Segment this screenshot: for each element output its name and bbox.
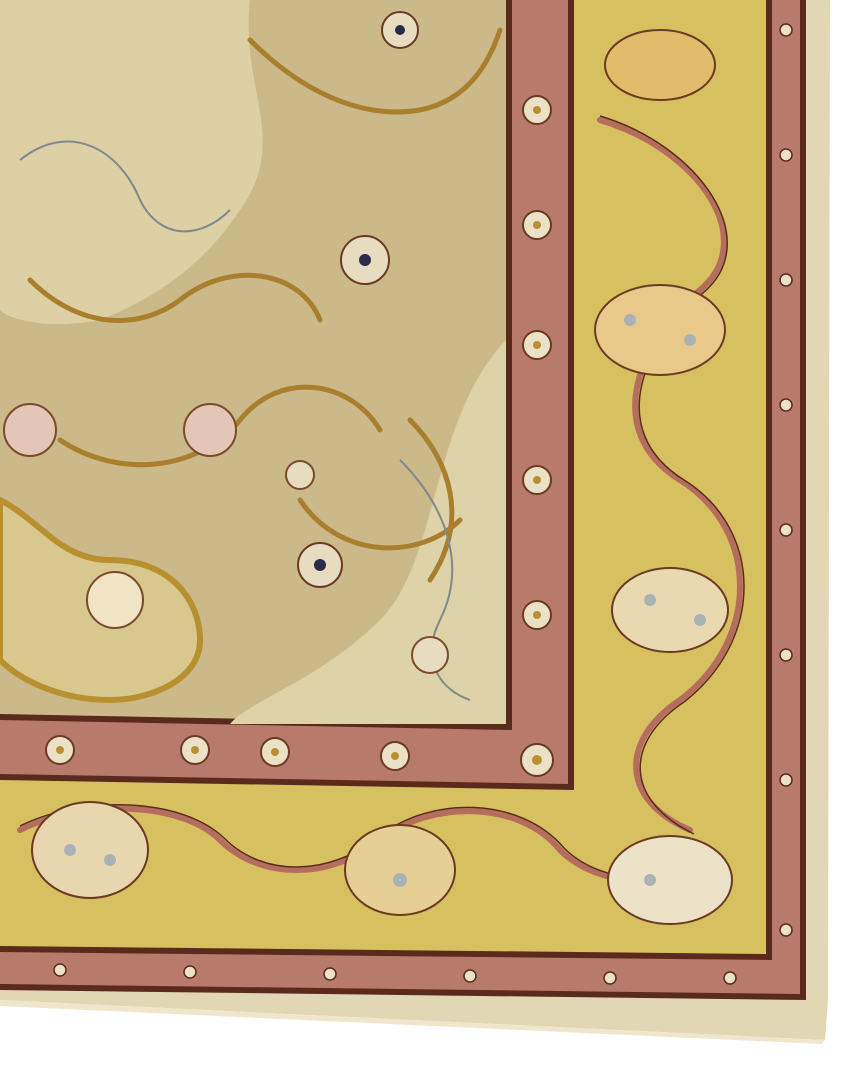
rug-photo — [0, 0, 866, 1080]
